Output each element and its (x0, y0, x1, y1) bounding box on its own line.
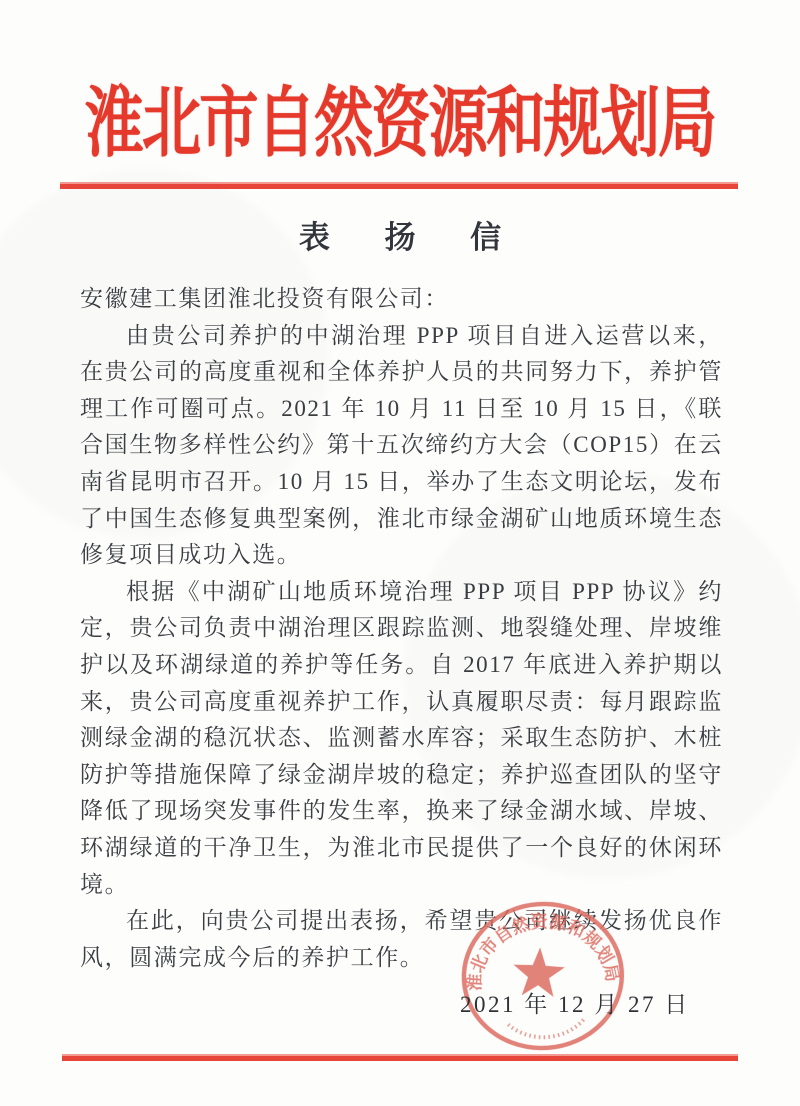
paragraph-1: 由贵公司养护的中湖治理 PPP 项目自进入运营以来，在贵公司的高度重视和全体养护… (80, 318, 723, 574)
document-title: 表 扬 信 (0, 212, 800, 257)
salutation: 安徽建工集团淮北投资有限公司： (80, 281, 723, 318)
letter-body: 安徽建工集团淮北投资有限公司： 由贵公司养护的中湖治理 PPP 项目自进入运营以… (80, 281, 723, 976)
date-line: 2021 年 12 月 27 日 (460, 986, 690, 1019)
letterhead-org-name: 淮北市自然资源和规划局 (24, 63, 776, 185)
letterhead-divider-rule (60, 182, 738, 189)
paragraph-2: 根据《中湖矿山地质环境治理 PPP 项目 PPP 协议》约定，贵公司负责中湖治理… (80, 574, 723, 903)
letter-page: 淮北市自然资源和规划局 表 扬 信 安徽建工集团淮北投资有限公司： 由贵公司养护… (0, 0, 800, 1106)
seal-serial-marks (508, 1019, 585, 1039)
footer-rule (62, 1054, 738, 1061)
official-seal: 淮北市自然资源和规划局 (448, 891, 639, 1065)
